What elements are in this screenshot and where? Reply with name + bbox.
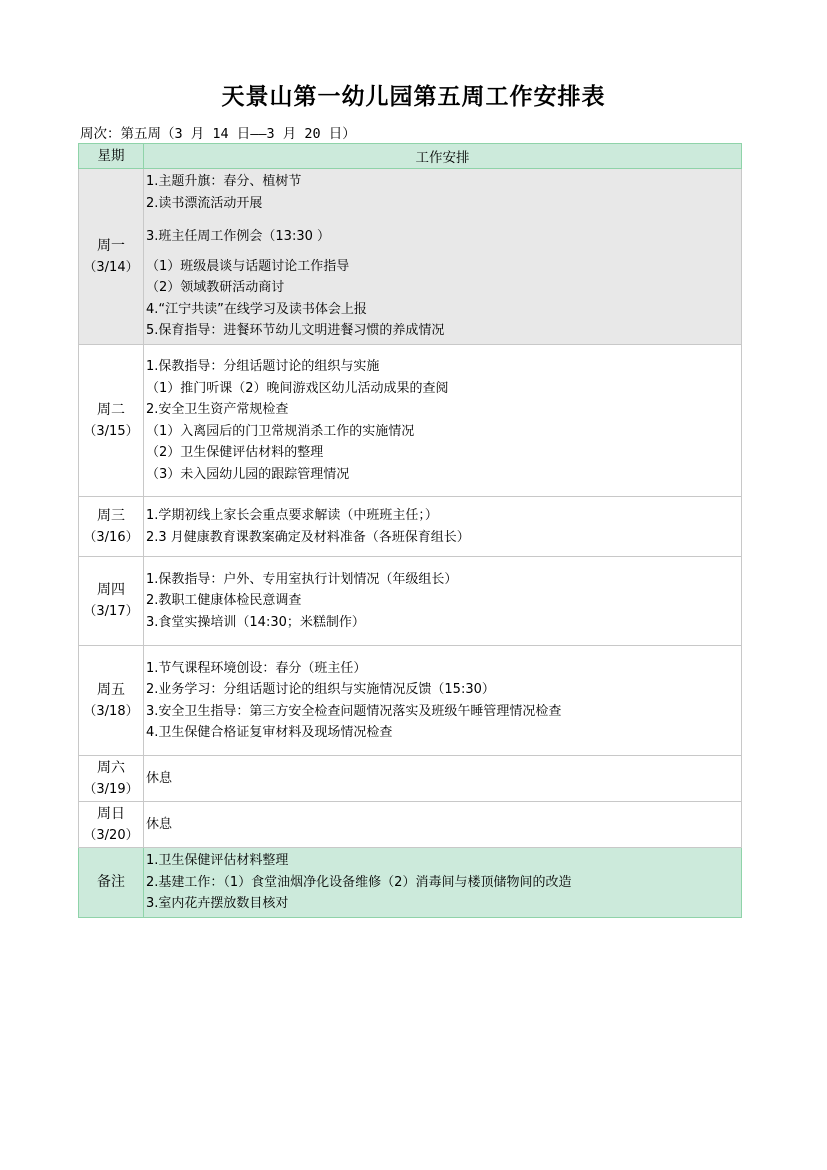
header-weekday: 星期	[79, 144, 144, 169]
list-item: 1.主题升旗：春分、植树节	[146, 171, 739, 193]
table-row-wednesday: 周三 （3/16） 1.学期初线上家长会重点要求解读（中班班主任；） 2.3 月…	[79, 497, 742, 557]
page-title: 天景山第一幼儿园第五周工作安排表	[0, 78, 827, 111]
day-cell: 周日 （3/20）	[79, 802, 144, 848]
day-date: （3/17）	[79, 601, 143, 622]
table-row-friday: 周五 （3/18） 1.节气课程环境创设：春分（班主任） 2.业务学习：分组话题…	[79, 646, 742, 756]
schedule-cell: 1.保教指导：分组话题讨论的组织与实施 （1）推门听课（2）晚间游戏区幼儿活动成…	[144, 345, 742, 497]
note-label: 备注	[79, 872, 143, 893]
schedule-table: 星期 工作安排 周一 （3/14） 1.主题升旗：春分、植树节 2.读书漂流活动…	[78, 143, 742, 918]
list-item: 5.保育指导：进餐环节幼儿文明进餐习惯的养成情况	[146, 320, 739, 342]
day-date: （3/19）	[79, 779, 143, 800]
week-subtitle: 周次：第五周（3 月 14 日——3 月 20 日）	[80, 122, 356, 142]
list-item: 3.班主任周工作例会（13:30 ）	[146, 226, 739, 248]
day-cell: 周三 （3/16）	[79, 497, 144, 557]
list-item: 休息	[146, 768, 739, 790]
day-name: 周五	[79, 680, 143, 701]
day-cell: 周二 （3/15）	[79, 345, 144, 497]
list-item: （1）推门听课（2）晚间游戏区幼儿活动成果的查阅	[146, 378, 739, 400]
day-date: （3/15）	[79, 421, 143, 442]
list-item: （2）领域教研活动商讨	[146, 277, 739, 299]
day-name: 周三	[79, 506, 143, 527]
list-item: 2.业务学习：分组话题讨论的组织与实施情况反馈（15:30）	[146, 679, 739, 701]
day-date: （3/20）	[79, 825, 143, 846]
note-label-cell: 备注	[79, 848, 144, 918]
day-name: 周二	[79, 400, 143, 421]
day-date: （3/18）	[79, 701, 143, 722]
list-item: 2.读书漂流活动开展	[146, 193, 739, 215]
schedule-cell: 1.学期初线上家长会重点要求解读（中班班主任；） 2.3 月健康教育课教案确定及…	[144, 497, 742, 557]
day-cell: 周一 （3/14）	[79, 169, 144, 345]
note-cell: 1.卫生保健评估材料整理 2.基建工作：（1）食堂油烟净化设备维修（2）消毒间与…	[144, 848, 742, 918]
list-item: （3）未入园幼儿园的跟踪管理情况	[146, 464, 739, 486]
table-row-sunday: 周日 （3/20） 休息	[79, 802, 742, 848]
list-item: （2）卫生保健评估材料的整理	[146, 442, 739, 464]
schedule-cell: 休息	[144, 802, 742, 848]
list-item: 1.保教指导：分组话题讨论的组织与实施	[146, 356, 739, 378]
list-item: 休息	[146, 814, 739, 836]
list-item: 1.节气课程环境创设：春分（班主任）	[146, 658, 739, 680]
header-schedule: 工作安排	[144, 144, 742, 169]
list-item: 3.室内花卉摆放数目核对	[146, 893, 739, 915]
day-date: （3/14）	[79, 257, 143, 278]
table-row-thursday: 周四 （3/17） 1.保教指导：户外、专用室执行计划情况（年级组长） 2.教职…	[79, 557, 742, 646]
day-name: 周六	[79, 758, 143, 779]
table-header-row: 星期 工作安排	[79, 144, 742, 169]
list-item: （1）班级晨谈与话题讨论工作指导	[146, 256, 739, 278]
list-item: （1）入离园后的门卫常规消杀工作的实施情况	[146, 421, 739, 443]
table-row-notes: 备注 1.卫生保健评估材料整理 2.基建工作：（1）食堂油烟净化设备维修（2）消…	[79, 848, 742, 918]
schedule-cell: 1.主题升旗：春分、植树节 2.读书漂流活动开展 3.班主任周工作例会（13:3…	[144, 169, 742, 345]
list-item: 2.安全卫生资产常规检查	[146, 399, 739, 421]
day-cell: 周六 （3/19）	[79, 756, 144, 802]
list-item: 3.安全卫生指导：第三方安全检查问题情况落实及班级午睡管理情况检查	[146, 701, 739, 723]
day-cell: 周四 （3/17）	[79, 557, 144, 646]
table-row-tuesday: 周二 （3/15） 1.保教指导：分组话题讨论的组织与实施 （1）推门听课（2）…	[79, 345, 742, 497]
list-item: 2.基建工作：（1）食堂油烟净化设备维修（2）消毒间与楼顶储物间的改造	[146, 872, 739, 894]
list-item: 2.教职工健康体检民意调查	[146, 590, 739, 612]
day-date: （3/16）	[79, 527, 143, 548]
schedule-cell: 1.节气课程环境创设：春分（班主任） 2.业务学习：分组话题讨论的组织与实施情况…	[144, 646, 742, 756]
list-item: 2.3 月健康教育课教案确定及材料准备（各班保育组长）	[146, 527, 739, 549]
day-name: 周四	[79, 580, 143, 601]
day-name: 周日	[79, 804, 143, 825]
list-item: 4.卫生保健合格证复审材料及现场情况检查	[146, 722, 739, 744]
list-item: 1.学期初线上家长会重点要求解读（中班班主任；）	[146, 505, 739, 527]
list-item: 4.“江宁共读”在线学习及读书体会上报	[146, 299, 739, 321]
list-item: 1.卫生保健评估材料整理	[146, 850, 739, 872]
schedule-cell: 休息	[144, 756, 742, 802]
list-item: 1.保教指导：户外、专用室执行计划情况（年级组长）	[146, 569, 739, 591]
table-row-saturday: 周六 （3/19） 休息	[79, 756, 742, 802]
schedule-cell: 1.保教指导：户外、专用室执行计划情况（年级组长） 2.教职工健康体检民意调查 …	[144, 557, 742, 646]
list-item: 3.食堂实操培训（14:30；米糕制作）	[146, 612, 739, 634]
day-cell: 周五 （3/18）	[79, 646, 144, 756]
table-row-monday: 周一 （3/14） 1.主题升旗：春分、植树节 2.读书漂流活动开展 3.班主任…	[79, 169, 742, 345]
day-name: 周一	[79, 236, 143, 257]
